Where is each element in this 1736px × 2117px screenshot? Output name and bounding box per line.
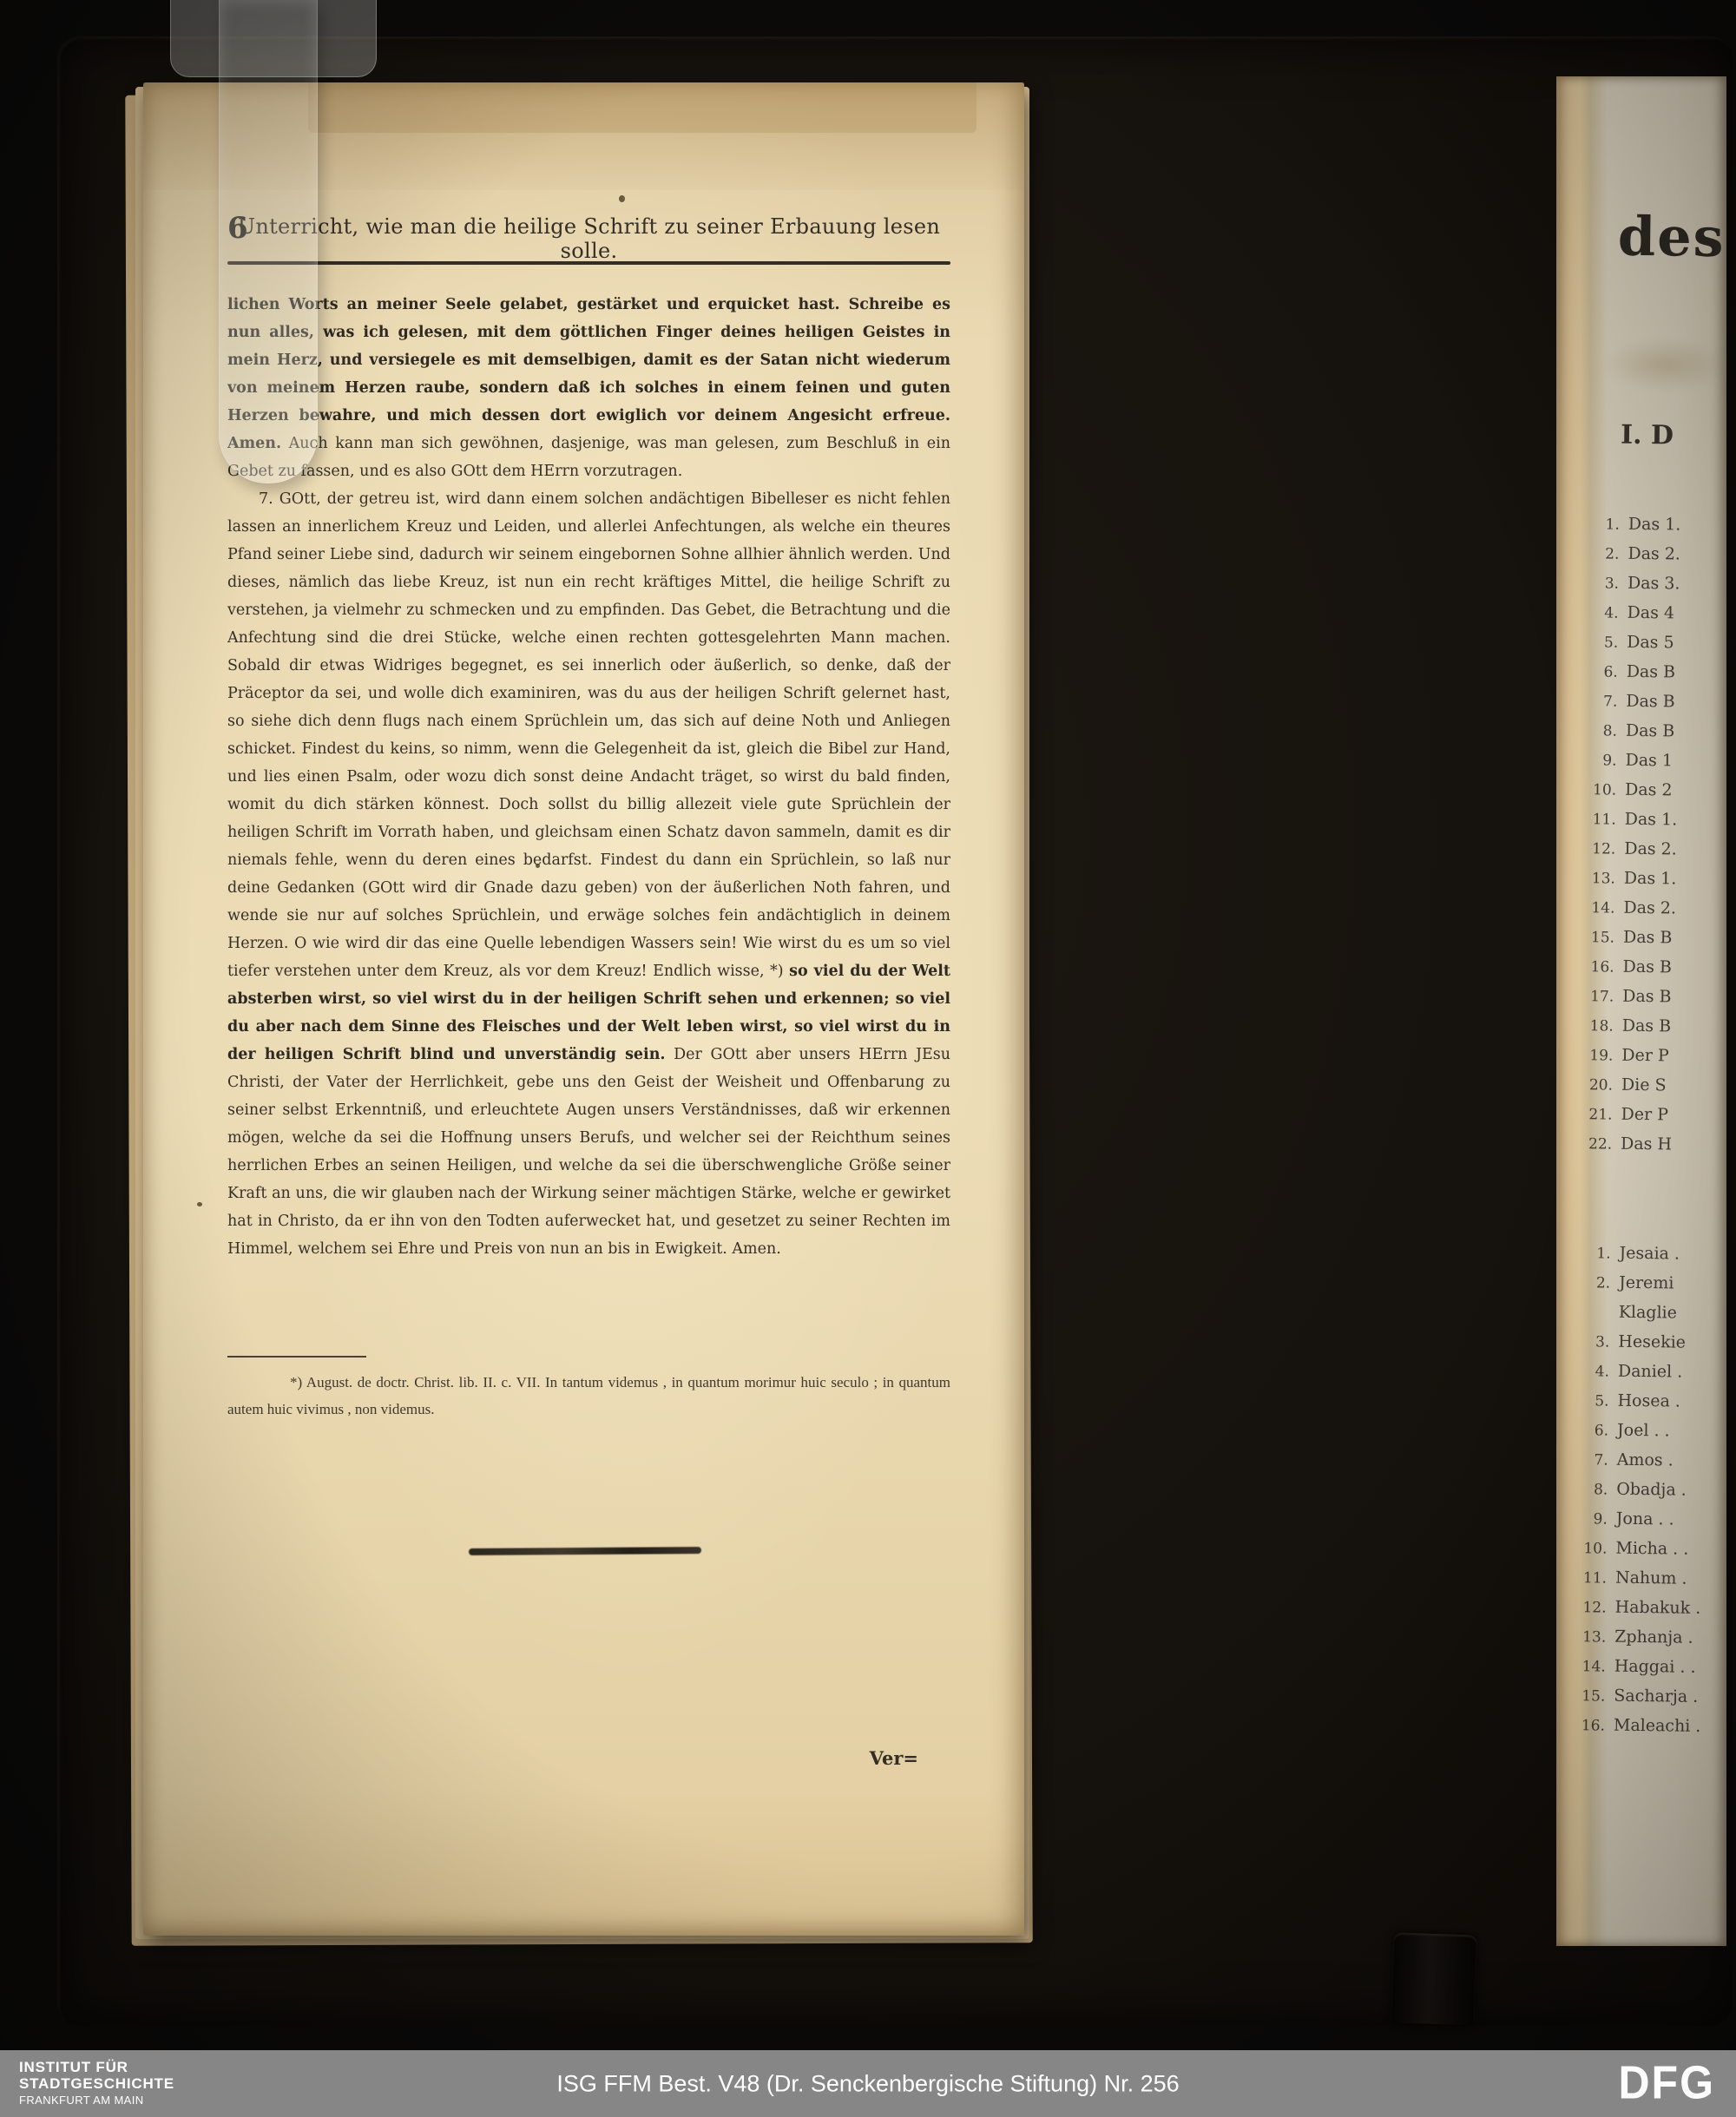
list-item-number: 4.: [1571, 1363, 1609, 1381]
list-item-label: Das 1.: [1624, 869, 1677, 889]
list-item: 22.Das H: [1574, 1134, 1726, 1165]
list-item: 12.Habakuk .: [1568, 1597, 1726, 1628]
list-item: 7.Amos .: [1569, 1450, 1726, 1481]
body-text: lichen Worts an meiner Seele gelabet, ge…: [227, 291, 950, 1357]
text-segment: 7. GOtt, der getreu ist, wird dann einem…: [227, 490, 950, 980]
list-item-number: 10.: [1568, 1540, 1607, 1558]
list-item: 5.Hosea .: [1570, 1391, 1726, 1422]
scan-scene: 6 Unterricht, wie man die heilige Schrif…: [0, 0, 1736, 2117]
list-item-number: 9.: [1569, 1510, 1608, 1529]
paper-speck: [619, 195, 625, 202]
list-item-number: 8.: [1569, 1481, 1608, 1499]
paper-speck: [197, 1202, 202, 1206]
list-item-number: 5.: [1580, 634, 1618, 652]
list-item-number: 8.: [1579, 722, 1617, 740]
list-item: 15.Sacharja .: [1567, 1686, 1726, 1717]
footnote-text: *) August. de doctr. Christ. lib. II. c.…: [227, 1369, 950, 1423]
list-item-label: Nahum .: [1615, 1568, 1687, 1588]
list-item: 4.Das 4: [1580, 602, 1726, 634]
text-segment: Auch kann man sich gewöhnen, dasjenige, …: [227, 435, 950, 480]
list-item: 4.Daniel .: [1571, 1361, 1726, 1392]
list-item-label: Jeremi: [1619, 1273, 1674, 1293]
list-item-label: Zphanja .: [1614, 1627, 1693, 1647]
list-item-label: Das 5: [1627, 633, 1674, 653]
list-item: 13.Zphanja .: [1568, 1627, 1726, 1658]
fragment-heading: des: [1617, 205, 1726, 270]
list-item-number: 14.: [1576, 899, 1614, 917]
list-item-label: Sacharja .: [1614, 1686, 1698, 1706]
list-item: 10.Micha . .: [1568, 1538, 1726, 1569]
list-item: 5.Das 5: [1580, 632, 1726, 663]
list-item-label: Das B: [1626, 721, 1675, 741]
list-item-number: 9.: [1578, 752, 1616, 770]
list-item-label: Die S: [1621, 1075, 1667, 1095]
list-item-label: Das H: [1621, 1134, 1672, 1154]
list-item-label: Das B: [1627, 662, 1676, 682]
fragment-section-heading: I. D: [1621, 420, 1674, 451]
list-item-number: 4.: [1580, 604, 1618, 622]
footer-reference: ISG FFM Best. V48 (Dr. Senckenbergische …: [556, 2070, 1179, 2097]
list-item-number: 7.: [1579, 693, 1617, 711]
list-item-number: 6.: [1580, 663, 1618, 681]
list-item-number: 14.: [1568, 1658, 1606, 1676]
list-item-number: 3.: [1581, 575, 1619, 593]
scan-viewer-root: { "page": { "number": "6", "running_titl…: [0, 0, 1736, 2117]
list-item: 21.Der P: [1574, 1104, 1726, 1135]
list-item: 6.Das B: [1580, 661, 1726, 693]
list-item-number: 1.: [1581, 516, 1620, 534]
list-item-number: 2.: [1581, 545, 1619, 563]
list-item: 6.Joel . .: [1570, 1420, 1726, 1451]
list-item-label: Das 2.: [1624, 839, 1677, 859]
list-item: 1.Das 1.: [1581, 514, 1726, 545]
list-item-number: 7.: [1570, 1451, 1608, 1469]
list-item: 2.Jeremi: [1572, 1272, 1726, 1304]
list-item-number: 17.: [1575, 988, 1614, 1006]
list-item-label: Das B: [1623, 928, 1673, 948]
list-item: 8.Obadja .: [1569, 1479, 1726, 1510]
list-item-number: 15.: [1567, 1687, 1605, 1706]
list-item-label: Der P: [1621, 1105, 1668, 1125]
list-item-label: Das 2.: [1623, 898, 1676, 918]
list-item-label: Der P: [1621, 1046, 1669, 1066]
plastic-clip: [219, 0, 318, 483]
list-item-number: 11.: [1578, 811, 1616, 829]
bold-text-segment: lichen Worts an meiner Seele gelabet, ge…: [227, 296, 950, 452]
list-item-label: Klaglie: [1619, 1303, 1677, 1323]
list-item: 11.Das 1.: [1577, 809, 1726, 840]
list-item-label: Maleachi .: [1614, 1716, 1701, 1736]
list-item: 19.Der P: [1575, 1045, 1726, 1076]
list-item-label: Jesaia .: [1619, 1244, 1680, 1264]
list-item: 8.Das B: [1579, 720, 1726, 752]
list-item-number: 20.: [1575, 1076, 1613, 1095]
archive-footer: INSTITUT FÜR STADTGESCHICHTE FRANKFURT A…: [0, 2050, 1736, 2117]
list-item-label: Das 2: [1625, 780, 1673, 800]
page-header: 6 Unterricht, wie man die heilige Schrif…: [227, 214, 950, 249]
list-item-number: 21.: [1574, 1106, 1612, 1124]
list-item-label: Hesekie: [1618, 1332, 1686, 1352]
list-item-label: Das 1.: [1628, 515, 1681, 535]
list-item-number: 15.: [1576, 929, 1614, 947]
list-item-label: Das B: [1622, 957, 1672, 977]
list-item-number: 18.: [1575, 1017, 1614, 1035]
list-item-number: 6.: [1570, 1422, 1608, 1440]
list-item-label: Das 2.: [1627, 544, 1680, 564]
list-item-number: 11.: [1568, 1569, 1607, 1588]
list-item: 9.Das 1: [1578, 750, 1726, 781]
running-title: Unterricht, wie man die heilige Schrift …: [227, 214, 950, 263]
list-item-label: Das B: [1622, 1016, 1672, 1036]
header-rule: [227, 261, 950, 265]
list-item: 9.Jona . .: [1569, 1509, 1726, 1540]
list-item-number: 12.: [1568, 1599, 1606, 1617]
fragment-list-prophets: 1.Jesaia .2.JeremiKlaglie3.Hesekie4.Dani…: [1567, 1243, 1726, 1746]
list-item: 13.Das 1.: [1577, 868, 1726, 899]
list-item-label: Hosea .: [1617, 1391, 1680, 1411]
institution-line1: INSTITUT FÜR: [19, 2059, 174, 2075]
paragraph: lichen Worts an meiner Seele gelabet, ge…: [227, 291, 950, 485]
list-item-label: Das 1: [1625, 751, 1673, 771]
list-item-number: 13.: [1568, 1628, 1606, 1647]
list-item-number: 5.: [1570, 1392, 1608, 1410]
footnote-rule: [227, 1356, 366, 1358]
list-item-number: 12.: [1577, 840, 1615, 858]
institution-line3: FRANKFURT AM MAIN: [19, 2092, 174, 2108]
fragment-ink-ghost: [1601, 336, 1726, 393]
list-item: 15.Das B: [1576, 927, 1726, 958]
list-item: 3.Das 3.: [1581, 573, 1726, 604]
list-item-number: 10.: [1578, 781, 1616, 799]
list-item: 3.Hesekie: [1571, 1331, 1726, 1363]
list-item: 2.Das 2.: [1581, 543, 1726, 575]
list-item: 10.Das 2: [1578, 779, 1726, 811]
list-item: 17.Das B: [1575, 986, 1726, 1017]
list-item: 18.Das B: [1575, 1016, 1726, 1047]
list-item-label: Das 1.: [1625, 810, 1678, 830]
institution-line2: STADTGESCHICHTE: [19, 2075, 174, 2092]
footer-institution: INSTITUT FÜR STADTGESCHICHTE FRANKFURT A…: [19, 2059, 174, 2108]
list-item-label: Haggai . .: [1614, 1657, 1696, 1677]
list-item-label: Jona . .: [1616, 1509, 1674, 1529]
list-item: 1.Jesaia .: [1572, 1243, 1726, 1274]
list-item-label: Joel . .: [1617, 1421, 1670, 1441]
list-item: 12.Das 2.: [1577, 838, 1726, 870]
list-item-label: Amos .: [1617, 1450, 1674, 1470]
list-item-number: 2.: [1572, 1274, 1610, 1292]
list-item-label: Das B: [1622, 987, 1672, 1007]
right-page-fragment: des I. D 1.Das 1.2.Das 2.3.Das 3.4.Das 4…: [1556, 76, 1726, 1946]
list-item: 14.Das 2.: [1576, 897, 1726, 929]
dfg-logo: DFG: [1618, 2055, 1715, 2110]
separator-smudge: [469, 1547, 701, 1555]
list-item-label: Habakuk .: [1614, 1598, 1700, 1618]
list-item-number: 19.: [1575, 1047, 1613, 1065]
fragment-list-old-testament: 1.Das 1.2.Das 2.3.Das 3.4.Das 45.Das 56.…: [1574, 514, 1726, 1165]
list-item-number: 22.: [1574, 1135, 1612, 1154]
list-item-label: Das 3.: [1627, 574, 1680, 594]
list-item-number: 16.: [1575, 958, 1614, 976]
list-item: 20.Die S: [1575, 1075, 1726, 1106]
list-item-number: 3.: [1571, 1333, 1609, 1351]
list-item: 16.Maleachi .: [1567, 1715, 1726, 1746]
paragraph: 7. GOtt, der getreu ist, wird dann einem…: [227, 485, 950, 1263]
catchword: Ver=: [870, 1747, 918, 1769]
list-item-label: Obadja .: [1616, 1480, 1687, 1500]
list-item: 16.Das B: [1575, 957, 1726, 988]
list-item-number: 16.: [1567, 1717, 1605, 1735]
list-item-number: [1572, 1317, 1610, 1318]
list-item: 7.Das B: [1579, 691, 1726, 722]
text-segment: Der GOtt aber unsers HErrn JEsu Christi,…: [227, 1046, 950, 1258]
list-item-label: Das 4: [1627, 603, 1674, 623]
fragment-text-layer: des I. D 1.Das 1.2.Das 2.3.Das 3.4.Das 4…: [1556, 76, 1726, 1946]
list-item: 11.Nahum .: [1568, 1568, 1726, 1599]
list-item-label: Daniel .: [1618, 1362, 1683, 1382]
list-item-label: Micha . .: [1615, 1539, 1688, 1559]
book-clasp: [1391, 1932, 1477, 2025]
list-item-number: 13.: [1577, 870, 1615, 888]
list-item-label: Das B: [1626, 692, 1675, 712]
list-item: 14.Haggai . .: [1568, 1656, 1726, 1687]
tape-mark: [308, 82, 976, 133]
list-item: Klaglie: [1571, 1302, 1726, 1333]
list-item-number: 1.: [1572, 1245, 1610, 1263]
